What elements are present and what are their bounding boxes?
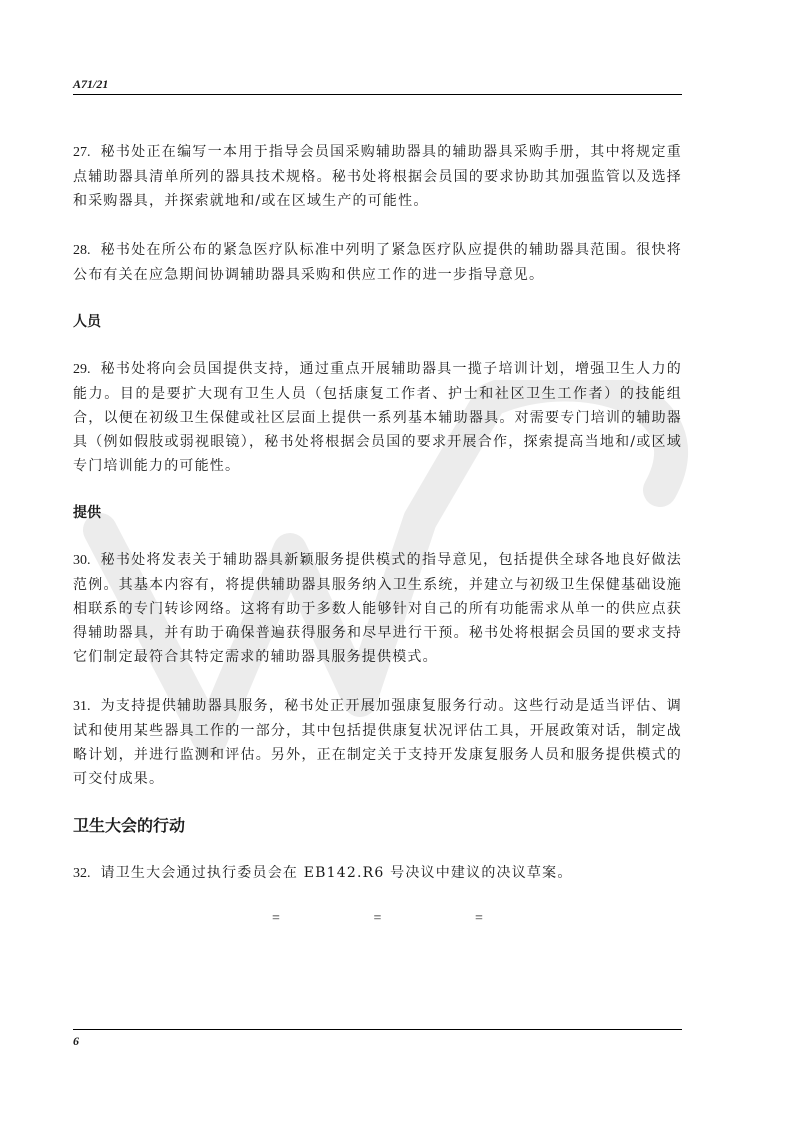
end-mark: = (450, 911, 508, 927)
paragraph-30: 30.秘书处将发表关于辅助器具新颖服务提供模式的指导意见，包括提供全球各地良好做… (73, 548, 682, 669)
paragraph-number: 27. (73, 145, 91, 160)
section-heading-provision: 提供 (73, 503, 682, 523)
paragraph-text: 秘书处在所公布的紧急医疗队标准中列明了紧急医疗队应提供的辅助器具范围。很快将公布… (73, 242, 682, 283)
section-heading-personnel: 人员 (73, 312, 682, 332)
footer-rule (73, 1029, 682, 1030)
paragraph-text: 请卫生大会通过执行委员会在 EB142.R6 号决议中建议的决议草案。 (101, 865, 573, 881)
paragraph-number: 29. (73, 362, 91, 377)
paragraph-31: 31.为支持提供辅助器具服务，秘书处正开展加强康复服务行动。这些行动是适当评估、… (73, 694, 682, 791)
paragraph-number: 28. (73, 243, 91, 258)
paragraph-29: 29.秘书处将向会员国提供支持，通过重点开展辅助器具一揽子培训计划，增强卫生人力… (73, 357, 682, 478)
end-mark: = (349, 911, 407, 927)
paragraph-number: 30. (73, 553, 91, 568)
paragraph-number: 32. (73, 866, 91, 881)
paragraph-text: 秘书处将向会员国提供支持，通过重点开展辅助器具一揽子培训计划，增强卫生人力的能力… (73, 361, 682, 474)
paragraph-text: 为支持提供辅助器具服务，秘书处正开展加强康复服务行动。这些行动是适当评估、调试和… (73, 698, 682, 787)
paragraph-27: 27.秘书处正在编写一本用于指导会员国采购辅助器具的辅助器具采购手册，其中将规定… (73, 140, 682, 213)
section-heading-assembly-action: 卫生大会的行动 (73, 816, 682, 836)
paragraph-text: 秘书处将发表关于辅助器具新颖服务提供模式的指导意见，包括提供全球各地良好做法范例… (73, 552, 682, 665)
end-mark: = (247, 911, 305, 927)
header-rule (73, 94, 682, 95)
document-code: A71/21 (73, 77, 108, 92)
document-body: 27.秘书处正在编写一本用于指导会员国采购辅助器具的辅助器具采购手册，其中将规定… (73, 140, 682, 927)
page-number: 6 (73, 1034, 79, 1049)
paragraph-28: 28.秘书处在所公布的紧急医疗队标准中列明了紧急医疗队应提供的辅助器具范围。很快… (73, 238, 682, 287)
paragraph-number: 31. (73, 699, 91, 714)
paragraph-text: 秘书处正在编写一本用于指导会员国采购辅助器具的辅助器具采购手册，其中将规定重点辅… (73, 144, 682, 209)
paragraph-32: 32.请卫生大会通过执行委员会在 EB142.R6 号决议中建议的决议草案。 (73, 861, 682, 886)
end-of-document-marks: = = = (73, 911, 682, 927)
